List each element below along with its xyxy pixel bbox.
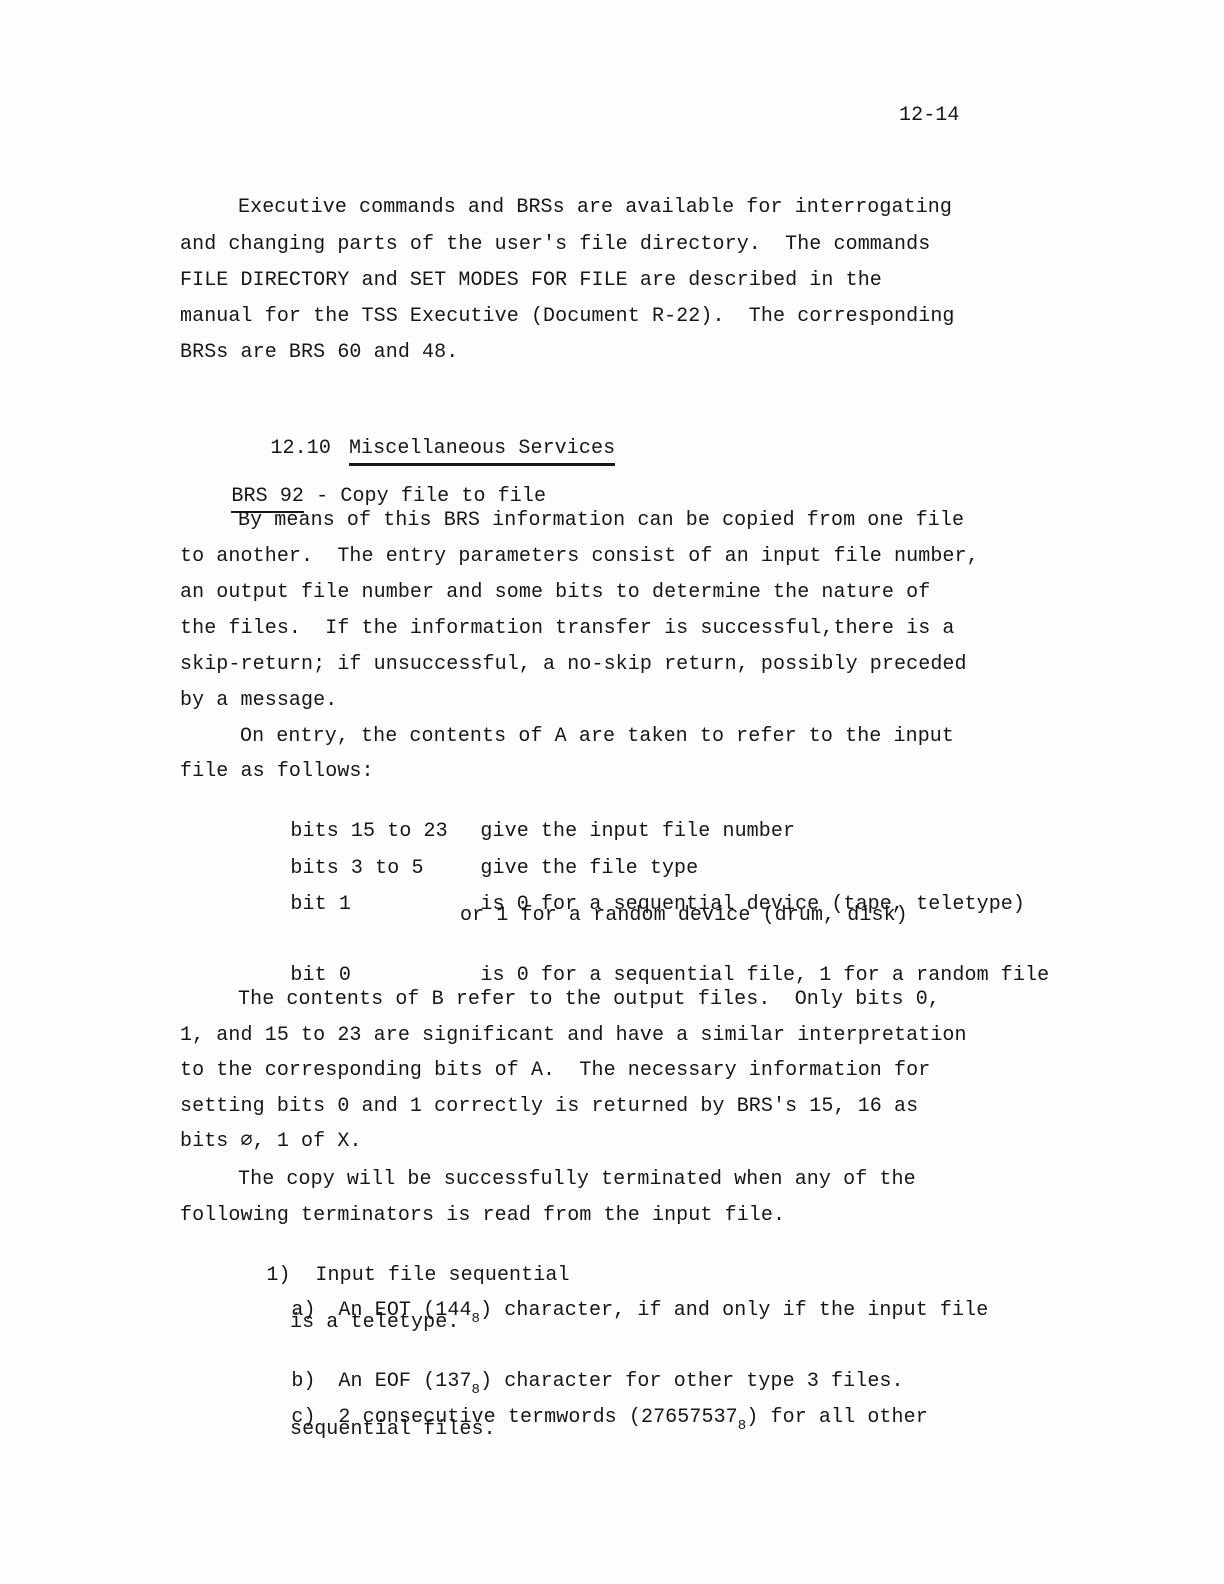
list-item-continuation: is a teletype. [290, 1311, 459, 1335]
paragraph-line: and changing parts of the user's file di… [180, 233, 930, 257]
paragraph-line: FILE DIRECTORY and SET MODES FOR FILE ar… [180, 269, 882, 293]
paragraph-line: file as follows: [180, 760, 374, 784]
list-item-continuation: sequential files. [290, 1418, 496, 1442]
document-page: 12-14 Executive commands and BRSs are av… [0, 0, 1224, 1584]
octal-subscript: 8 [738, 1418, 747, 1434]
paragraph-line: following terminators is read from the i… [180, 1204, 785, 1228]
brs-heading-rest: - Copy file to file [304, 485, 546, 508]
page-number: 12-14 [899, 104, 960, 128]
paragraph-line: by a message. [180, 689, 337, 713]
bits-term: bit 1 [290, 893, 480, 917]
paragraph-line: The copy will be successfully terminated… [238, 1168, 916, 1192]
paragraph-line: manual for the TSS Executive (Document R… [180, 305, 955, 329]
bits-term: bit 0 [290, 964, 480, 988]
paragraph-line: skip-return; if unsuccessful, a no-skip … [180, 653, 967, 677]
paragraph-line: Executive commands and BRSs are availabl… [238, 196, 952, 220]
paragraph-line: On entry, the contents of A are taken to… [240, 725, 954, 749]
paragraph-line: the files. If the information transfer i… [180, 617, 955, 641]
paragraph-line: to the corresponding bits of A. The nece… [180, 1059, 930, 1083]
list-item-text: ) character, if and only if the input fi… [480, 1299, 988, 1322]
paragraph-line: By means of this BRS information can be … [238, 509, 964, 533]
list-item-text: ) for all other [746, 1406, 928, 1429]
section-number: 12.10 [270, 437, 331, 460]
paragraph-line: an output file number and some bits to d… [180, 581, 930, 605]
bits-row-continuation: or 1 for a random device (drum, disk) [460, 904, 908, 928]
paragraph-line: 1, and 15 to 23 are significant and have… [180, 1024, 967, 1048]
paragraph-line: to another. The entry parameters consist… [180, 545, 979, 569]
paragraph-line: BRSs are BRS 60 and 48. [180, 341, 458, 365]
paragraph-line: setting bits 0 and 1 correctly is return… [180, 1095, 918, 1119]
octal-subscript: 8 [472, 1311, 481, 1327]
bits-desc: is 0 for a sequential file, 1 for a rand… [480, 964, 1049, 987]
paragraph-line: bits ∅, 1 of X. [180, 1130, 362, 1154]
paragraph-line: The contents of B refer to the output fi… [238, 988, 940, 1012]
